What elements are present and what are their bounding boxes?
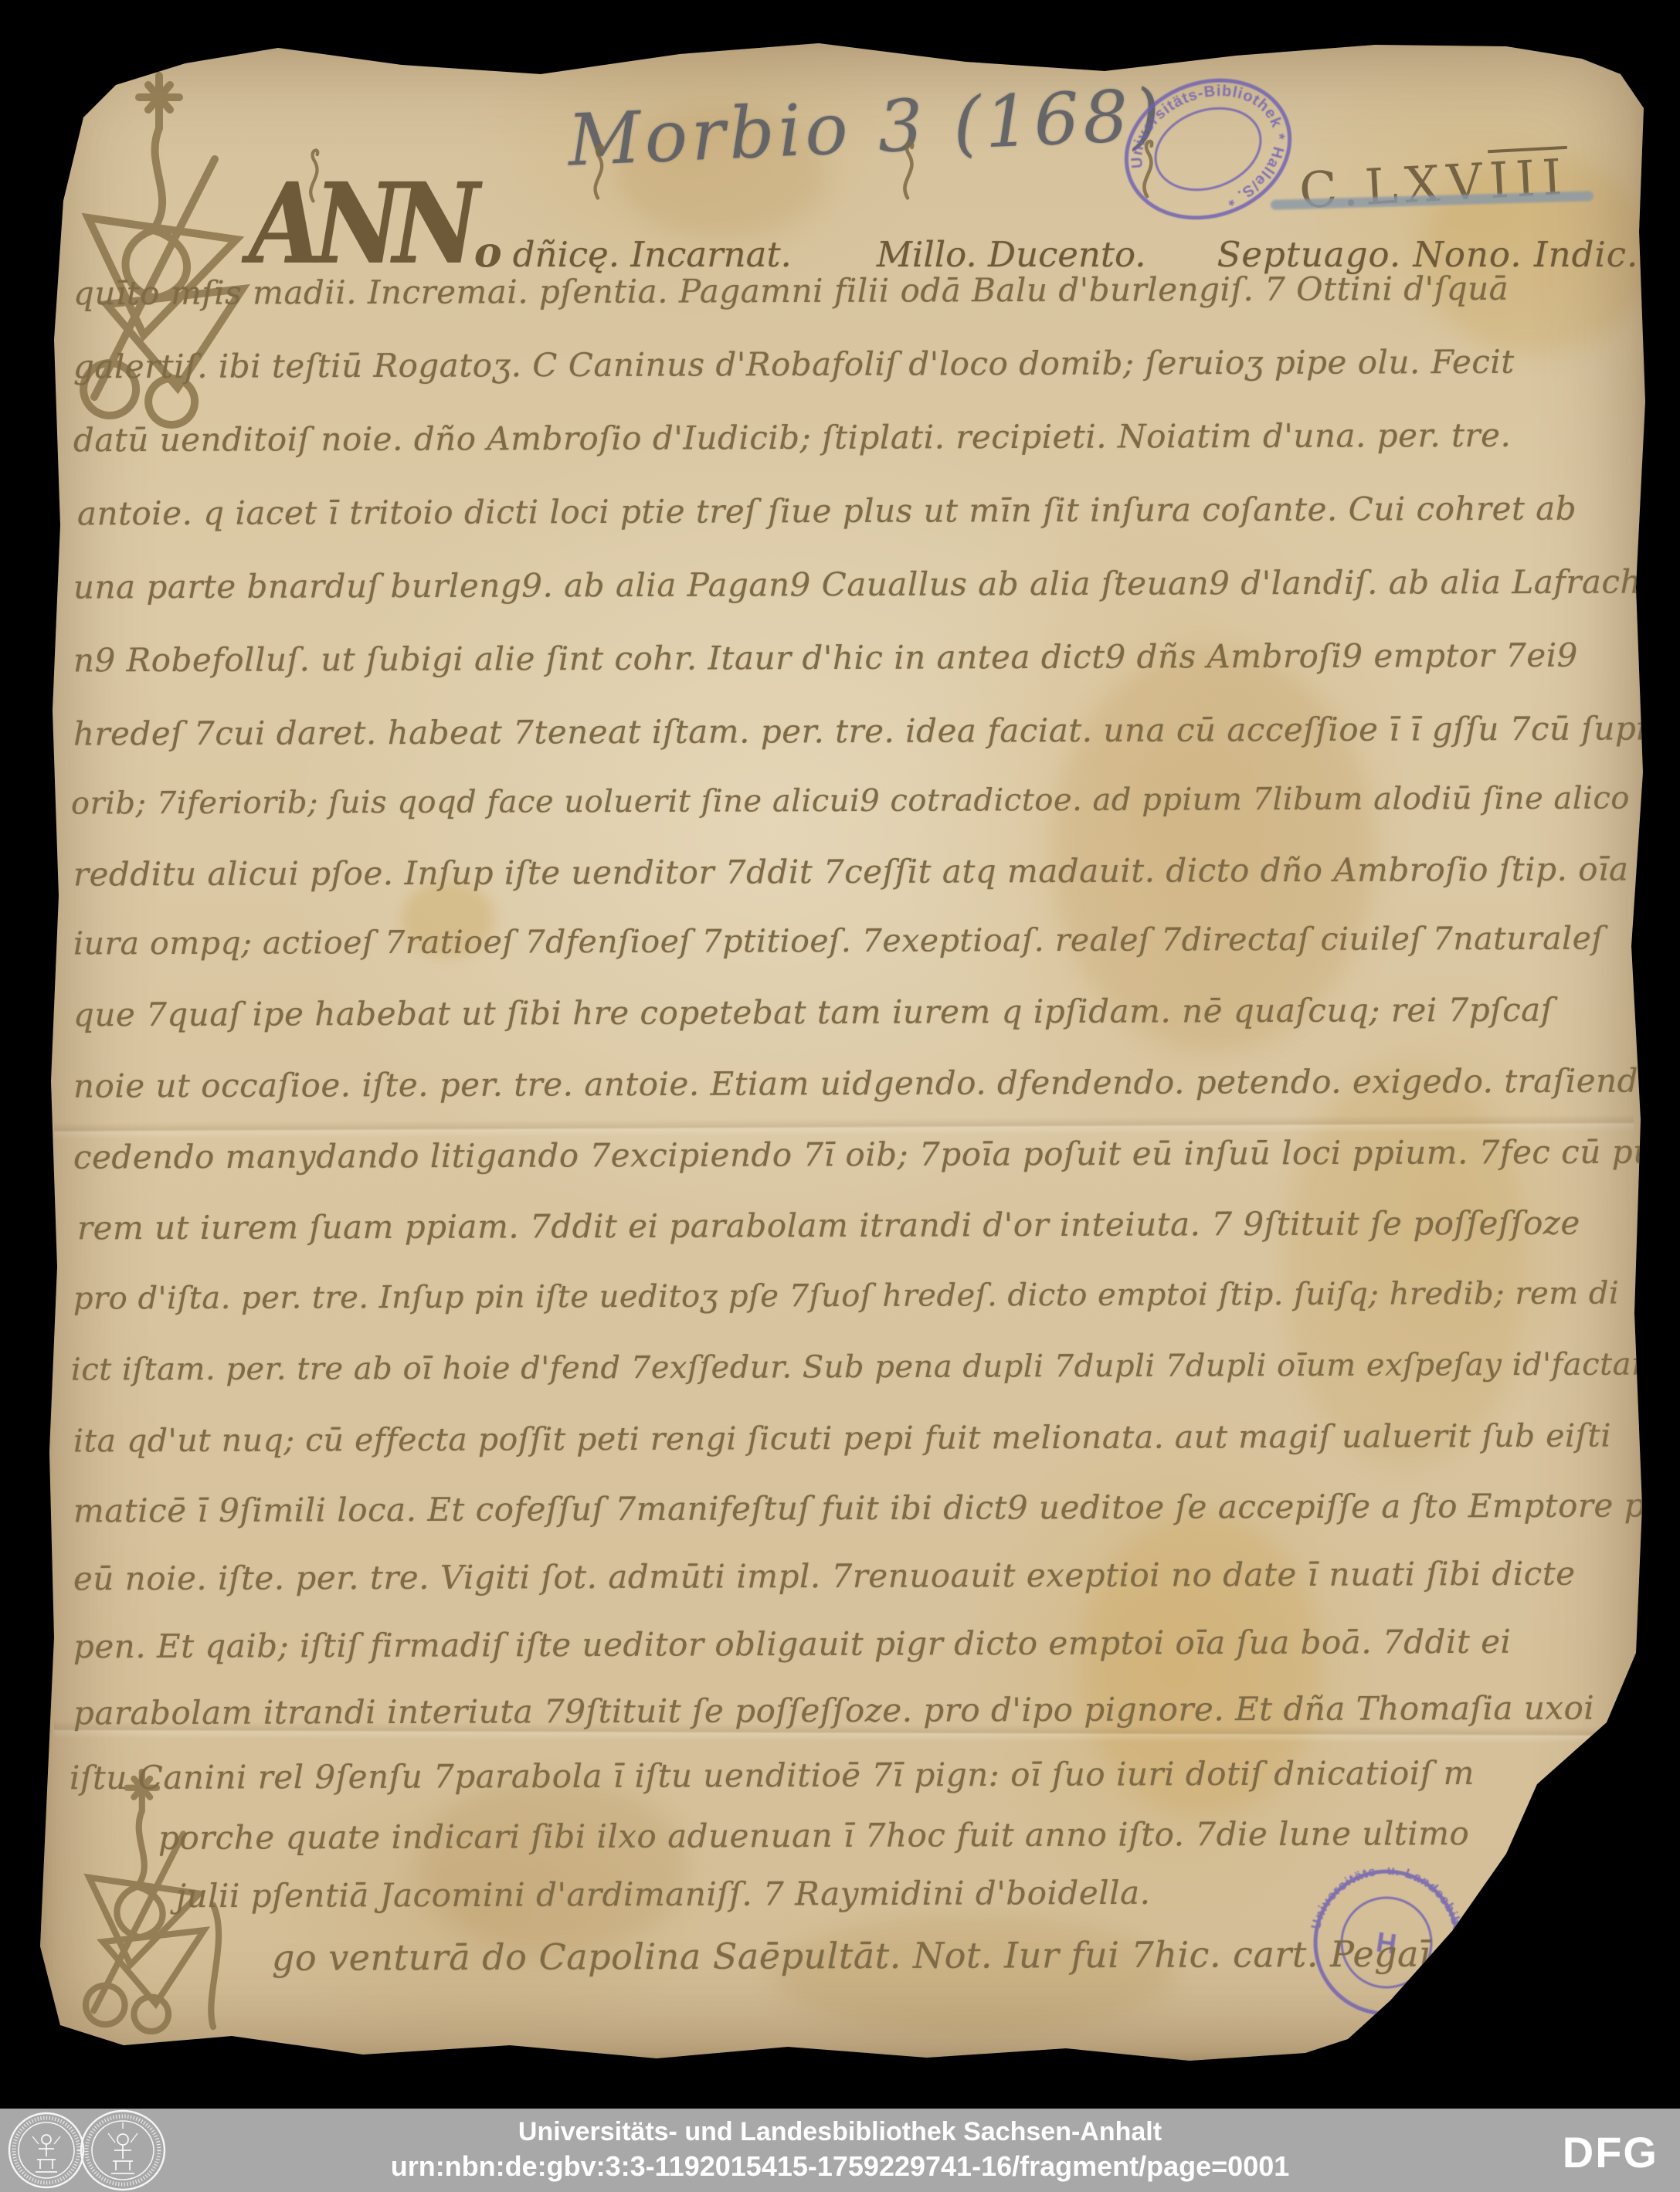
manuscript-line: cedendo manydando litigando 7excipiendo …	[73, 1132, 1680, 1176]
pen-flourish-icon	[1134, 134, 1160, 199]
manuscript-line: orib; 7iferiorib; ſuis qoqd face uolueri…	[71, 780, 1630, 821]
manuscript-line: parabolam itrandi interiuta 79ſtituit ſe…	[73, 1689, 1594, 1732]
manuscript-line: maticē ī 9ſimili loca. Et cofeſſuſ 7mani…	[73, 1486, 1645, 1529]
parchment: Morbio 3 (168) C.LXVIII Universitäts-Bib…	[0, 0, 1680, 2192]
manuscript-line: hredeſ 7cui daret. habeat 7teneat iſtam.…	[73, 709, 1647, 752]
footer-bar: Universitäts- und Landesbibliothek Sachs…	[0, 2109, 1680, 2192]
manuscript-line: eū noie. iſte. per. tre. Vigiti ſot. adm…	[73, 1555, 1576, 1598]
pen-flourish-icon	[1619, 97, 1680, 260]
manuscript-line: antoie. q iacet ī tritoio dicti loci pti…	[77, 490, 1576, 533]
manuscript-line: iura ompq; actioeſ 7ratioeſ 7dfenſioeſ 7…	[73, 920, 1604, 962]
manuscript-line: quīto mſis madii. Incremai. pſentia. Pag…	[73, 270, 1509, 312]
manuscript-line: iſtu Canini rel 9ſenſu 7parabola ī iſtu …	[70, 1754, 1475, 1797]
manuscript-line: noie ut occaſioe. iſte. per. tre. antoie…	[73, 1061, 1668, 1104]
dfg-logo: DFG	[1563, 2127, 1658, 2177]
manuscript-text-block: quīto mſis madii. Incremai. pſentia. Pag…	[0, 0, 1680, 2192]
manuscript-line: n9 Robefolluſ. ut ſubigi alie ſint cohr.…	[73, 636, 1578, 680]
pen-flourish-icon	[894, 136, 921, 201]
manuscript-line: julii pſentiā Jacomini d'ardimaniſſ. 7 R…	[176, 1874, 1151, 1915]
footer-text: Universitäts- und Landesbibliothek Sachs…	[0, 2115, 1680, 2184]
scan-canvas: Morbio 3 (168) C.LXVIII Universitäts-Bib…	[0, 0, 1680, 2192]
manuscript-line: go venturā do Capolina Saēpultāt. Not. I…	[272, 1932, 1511, 1979]
manuscript-line: porche quate indicari ſibi ilxo aduenuan…	[158, 1814, 1469, 1857]
pen-flourish-icon	[301, 144, 325, 204]
manuscript-line: que 7quaſ ipe habebat ut ſibi hre copete…	[73, 991, 1553, 1034]
manuscript-line: una parte bnarduſ burleng9. ab alia Paga…	[73, 562, 1652, 606]
manuscript-line: ita qd'ut nuq; cū effecta poſſit peti re…	[73, 1417, 1611, 1460]
manuscript-line: rem ut iurem ſuam ppiam. 7ddit ei parabo…	[77, 1204, 1580, 1247]
manuscript-line: pro d'iſta. per. tre. Inſup pin iſte ued…	[73, 1276, 1619, 1317]
footer-urn: urn:nbn:de:gbv:3:3-1192015415-1759229741…	[0, 2149, 1680, 2184]
manuscript-line: pen. Et qaib; iſtiſ firmadiſ iſte uedito…	[73, 1623, 1512, 1665]
manuscript-line: ict iſtam. per. tre ab oī hoie d'fend 7e…	[71, 1346, 1680, 1387]
manuscript-line: datū uenditoiſ noie. dño Ambroſio d'Iudi…	[73, 416, 1511, 459]
pen-flourish-icon	[585, 139, 610, 201]
footer-institution: Universitäts- und Landesbibliothek Sachs…	[0, 2115, 1680, 2149]
manuscript-line: redditu alicui pſoe. Inſup iſte uenditor…	[73, 850, 1629, 893]
manuscript-line: galertiſ. ibi teſtiū Rogatoʒ. C Caninus …	[73, 343, 1515, 386]
